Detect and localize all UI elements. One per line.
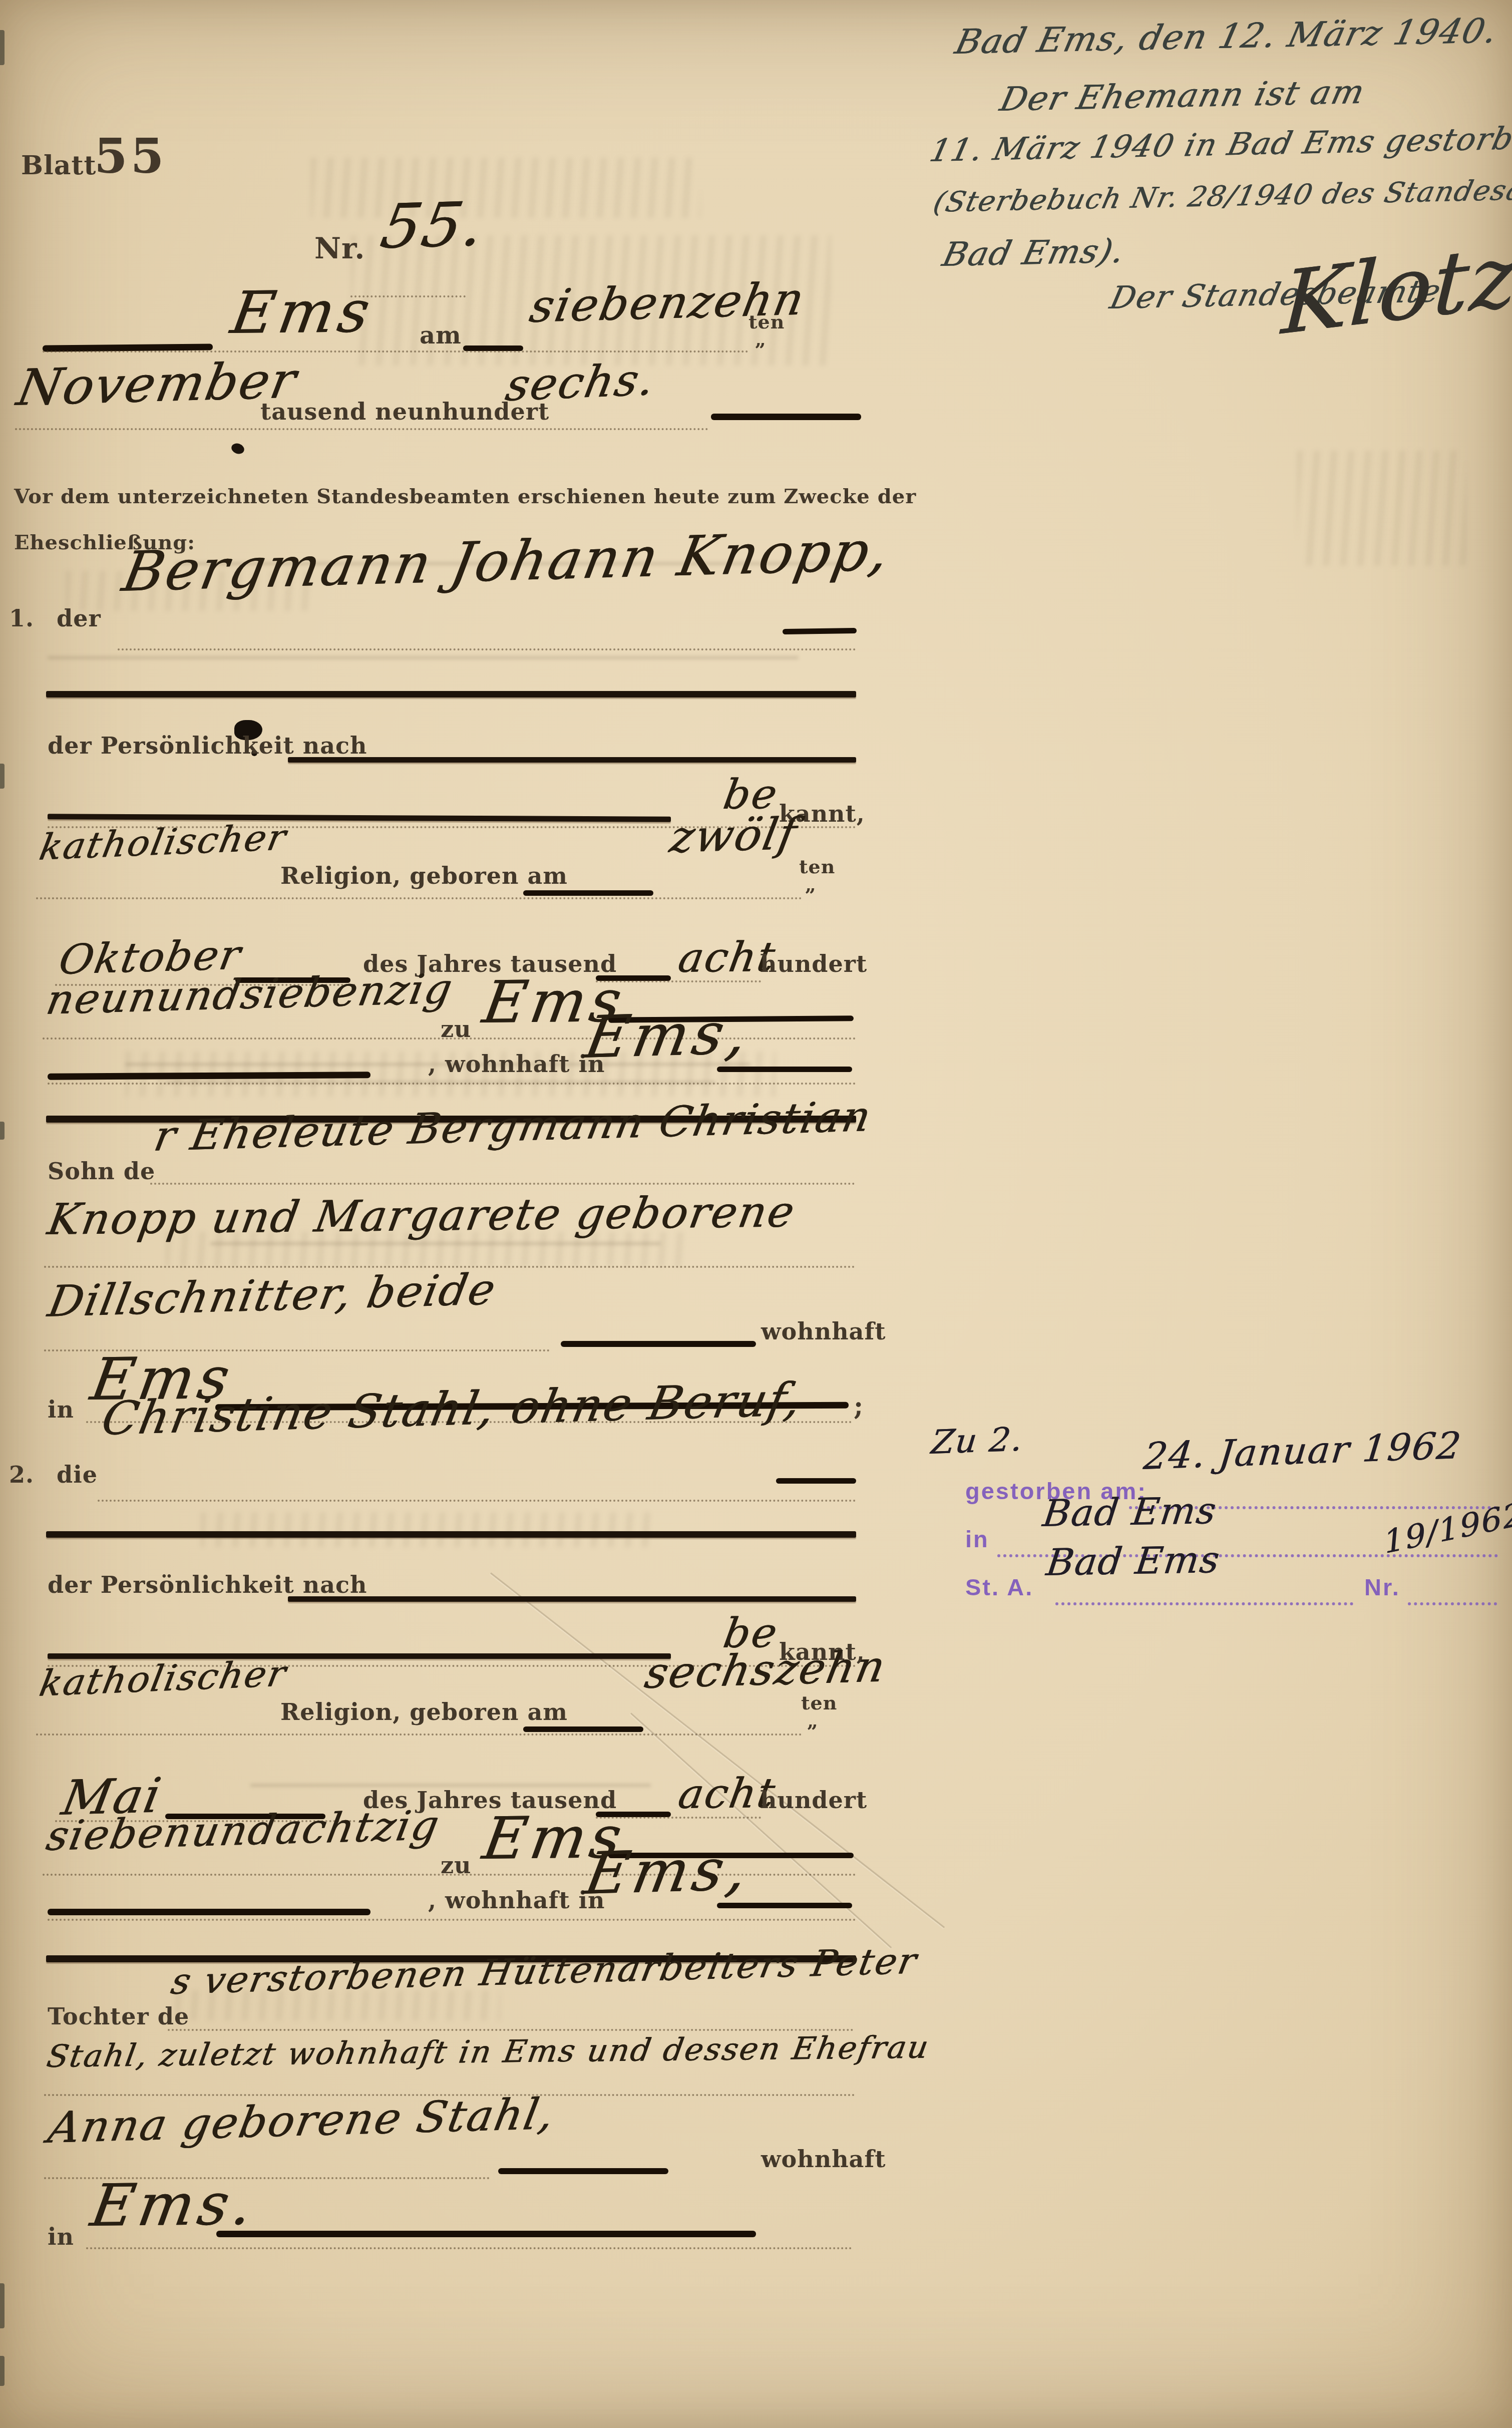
bride-hundred-label: hundert: [760, 1787, 867, 1814]
sheet-number: 55: [94, 128, 167, 184]
ink-stroke: [523, 1726, 643, 1732]
binding-mark: [0, 764, 5, 789]
groom-parents-entry: Knopp und Margarete geborene: [44, 1187, 799, 1245]
groom-religion-label: Religion, geboren am: [280, 862, 568, 889]
am-label: am: [420, 321, 462, 350]
binding-mark: [0, 1122, 5, 1140]
ink-stroke: [523, 890, 653, 896]
in-label: in: [48, 2223, 74, 2250]
stamp-died-value: 24. Januar 1962: [1142, 1424, 1463, 1478]
wohnhaft-label: wohnhaft: [761, 2146, 886, 2173]
dotted-blank: [15, 428, 708, 430]
marriage-year-entry: sechs.: [502, 354, 660, 411]
ink-stroke: [717, 1067, 852, 1072]
groom-parents-entry: Dillschnitter, beide: [44, 1264, 500, 1327]
form-rule: [288, 1596, 856, 1602]
ink-stroke: [711, 414, 861, 420]
dotted-blank: [36, 1733, 802, 1736]
dotted-blank: [86, 2247, 852, 2249]
ink-stroke: [776, 1478, 856, 1484]
groom-hundred-label: hundert: [760, 950, 867, 977]
stamp-in-label: in: [965, 1525, 989, 1553]
scanned-marriage-record-page: { "colors": { "stamp_purple": "#7d58bd",…: [0, 0, 1512, 2428]
dotted-blank: [150, 1183, 855, 1185]
groom-residence-entry: Ems,: [580, 999, 757, 1072]
ordinal-suffix: ten: [801, 1691, 837, 1714]
registrar-signature: Klotz: [1279, 225, 1512, 355]
groom-identity-label: der Persönlichkeit nach: [48, 732, 367, 759]
groom-religion-entry: katholischer: [36, 816, 290, 868]
annotation-1940-line: (Sterbebuch Nr. 28/1940 des Standesamts: [930, 173, 1512, 219]
bride-religion-label: Religion, geboren am: [280, 1698, 568, 1725]
bride-residence-entry: Ems,: [580, 1836, 757, 1908]
bleed-through-ghost: [1297, 451, 1467, 566]
bride-index-label: 2. die: [9, 1461, 98, 1488]
groom-index-label: 1. der: [9, 605, 101, 632]
ink-stroke: [498, 2168, 668, 2174]
stamp-dotted-line: [1408, 1602, 1497, 1605]
ink-dot: [230, 442, 245, 456]
annotation-1940-line: 11. März 1940 in Bad Ems gestorben: [926, 119, 1512, 169]
bride-parents-label: Tochter de: [48, 2003, 189, 2030]
annotation-1940-line: Bad Ems).: [939, 231, 1129, 274]
stamp-nr-label: Nr.: [1364, 1573, 1400, 1601]
ink-stroke: [561, 1341, 756, 1347]
marriage-month-entry: November: [13, 351, 302, 417]
bleed-through-ghost: [310, 158, 701, 218]
paper-crease: [630, 1712, 892, 1948]
binding-mark: [0, 2356, 5, 2386]
bride-resident-label: , wohnhaft in: [428, 1887, 605, 1914]
bride-parents-residence-entry: Ems.: [86, 2171, 261, 2240]
annotation-1940-line: Bad Ems, den 12. März 1940.: [951, 11, 1501, 62]
bride-parents-entry: Anna geborene Stahl,: [44, 2089, 559, 2153]
dotted-blank: [98, 1500, 856, 1502]
form-rule: [46, 691, 856, 698]
bride-parents-entry: s verstorbenen Hüttenarbeiters Peter: [168, 1940, 921, 2002]
bride-identity-label: der Persönlichkeit nach: [48, 1571, 367, 1598]
stamp-nr-value: 19/1962: [1382, 1496, 1512, 1561]
ordinal-suffix: ten: [748, 310, 785, 333]
dotted-blank: [48, 1919, 856, 1921]
ink-stroke: [717, 1903, 852, 1908]
form-rule: [46, 1531, 856, 1538]
form-rule: [288, 757, 856, 763]
stamp-dotted-line: [1055, 1602, 1353, 1605]
ink-stroke: [216, 2231, 756, 2237]
groom-parents-label: Sohn de: [48, 1158, 155, 1185]
sheet-label: Blatt: [21, 150, 96, 181]
bride-parents-entry: Stahl, zuletzt wohnhaft in Ems und desse…: [44, 2029, 932, 2074]
ink-stroke: [783, 628, 857, 634]
dotted-blank: [36, 897, 802, 899]
dotted-blank: [43, 351, 748, 353]
form-rule: [48, 814, 671, 822]
groom-name-entry: Bergmann Johann Knopp,: [118, 519, 896, 604]
stamp-reference-entry: Zu 2.: [929, 1420, 1025, 1462]
dotted-blank: [48, 1083, 856, 1085]
ditto-mark: „: [807, 1709, 819, 1732]
groom-birth-day-entry: zwölf: [666, 808, 802, 863]
ditto-mark: „: [755, 328, 767, 351]
intro-line: Vor dem unterzeichneten Standesbeamten e…: [14, 485, 916, 508]
ordinal-suffix: ten: [799, 855, 835, 878]
ditto-mark: „: [805, 873, 817, 896]
record-number-label: Nr.: [314, 231, 365, 265]
bleed-through-line: [48, 656, 799, 659]
stamp-office-label: St. A.: [965, 1573, 1033, 1601]
bleed-through-ghost: [200, 1512, 651, 1547]
annotation-1940-line: Der Ehemann ist am: [996, 73, 1369, 119]
stamp-office-value: Bad Ems: [1044, 1538, 1223, 1584]
stamp-in-value: Bad Ems: [1040, 1489, 1219, 1535]
binding-mark: [0, 30, 5, 65]
bride-religion-entry: katholischer: [36, 1652, 290, 1704]
wohnhaft-label: wohnhaft: [761, 1318, 886, 1345]
dotted-blank: [118, 648, 856, 650]
groom-parents-entry: r Eheleute Bergmann Christian: [150, 1092, 876, 1161]
binding-mark: [0, 2283, 5, 2328]
bride-birth-day-entry: sechszehn: [641, 1642, 890, 1698]
in-label: in: [48, 1396, 74, 1423]
ink-stroke: [48, 1909, 370, 1915]
record-number-value: 55.: [375, 188, 491, 262]
place-entry: Ems: [226, 278, 379, 347]
groom-resident-label: , wohnhaft in: [428, 1051, 605, 1078]
line-end-semicolon: ;: [854, 1391, 864, 1422]
